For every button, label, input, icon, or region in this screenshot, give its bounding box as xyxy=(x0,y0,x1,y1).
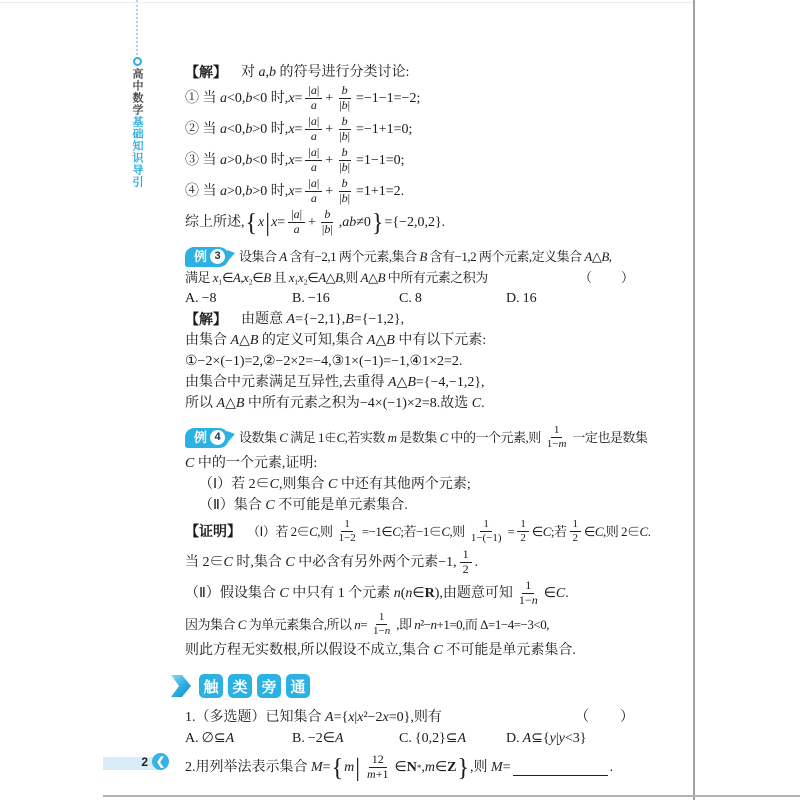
fraction: 11−2 xyxy=(336,518,359,544)
content-line: ① 当 a<0,b<0 时,x=|a|a+b|b|=−1−1=−2; xyxy=(185,83,665,114)
dot-icon xyxy=(133,57,142,66)
banner-char-badge: 类 xyxy=(228,674,252,698)
content-line: 因为集合 C 为单元素集合,所以 n=11−n,即 n²−n+1=0,而 Δ=1… xyxy=(185,609,665,640)
example-line: 例4设数集 C 满足 1∉C,若实数 m 是数集 C 中的一个元素,则11−m一… xyxy=(185,422,665,453)
option-item: C.8 xyxy=(399,289,506,308)
options-row: A.−8B.−16C.8D.16 xyxy=(185,288,665,309)
option-item: D.A⊆{y|y<3} xyxy=(506,729,587,748)
banner-char-badge: 通 xyxy=(286,674,310,698)
fraction: b|b| xyxy=(336,177,353,206)
page-number: 2 xyxy=(103,755,148,769)
content-line: 2.用列举法表示集合 M={m|12m+1∈N*,m∈Z},则 M=. xyxy=(185,752,665,783)
fraction: 11−m xyxy=(544,424,570,450)
book-page: { "sidebar": { "series_dark": "高中数学", "s… xyxy=(0,0,800,800)
page-bottom-edge-line xyxy=(103,795,800,797)
fraction: 11−n xyxy=(370,611,393,637)
content-line: ④ 当 a>0,b>0 时,x=|a|a+b|b|=1+1=2. xyxy=(185,176,665,207)
content-line: ② 当 a<0,b>0 时,x=|a|a+b|b|=−1+1=0; xyxy=(185,114,665,145)
content-line: 综上所述,{x|x=|a|a+b|b|,ab≠0}={−2,0,2}. xyxy=(185,207,665,238)
fraction: b|b| xyxy=(336,84,353,113)
content-line: 所以 A△B 中所有元素之积为−4×(−1)×2=8.故选 C. xyxy=(185,393,665,414)
fraction: 11−(−1) xyxy=(468,518,505,544)
option-item: B.−16 xyxy=(292,289,399,308)
fraction: 12 xyxy=(517,518,529,544)
answer-bracket: （ ） xyxy=(575,708,635,727)
option-item: A.−8 xyxy=(185,289,292,308)
option-item: D.16 xyxy=(506,289,537,308)
example-badge: 例4 xyxy=(185,428,229,448)
fraction: b|b| xyxy=(336,115,353,144)
content-line: ③ 当 a>0,b<0 时,x=|a|a+b|b|=1−1=0; xyxy=(185,145,665,176)
page-top-edge xyxy=(0,2,693,3)
page-right-edge-line xyxy=(693,0,695,800)
main-content: 【解】 对 a,b 的符号进行分类讨论:① 当 a<0,b<0 时,x=|a|a… xyxy=(185,62,665,783)
content-line: 则此方程无实数根,所以假设不成立,集合 C 不可能是单元素集合. xyxy=(185,640,665,661)
content-line: 当 2∈C 时,集合 C 中必含有另外两个元素−1,12. xyxy=(185,547,665,578)
banner-chulei-pangtong: 触类旁通 xyxy=(171,674,665,698)
fraction: b|b| xyxy=(319,208,336,237)
banner-char-badge: 触 xyxy=(199,674,223,698)
content-line: （Ⅱ）假设集合 C 中只有 1 个元素 n(n∈R),由题意可知11−n∈C. xyxy=(185,578,665,609)
content-line: 由集合 A△B 的定义可知,集合 A△B 中有以下元素: xyxy=(185,330,665,351)
content-line: C 中的一个元素,证明: xyxy=(185,453,665,474)
fraction: |a|a xyxy=(305,84,322,113)
content-line: 1.（多选题）已知集合 A={x|x²−2x=0},则有（ ） xyxy=(185,707,665,728)
sidebar-series-title: 高中数学基础知识导引 xyxy=(127,68,147,188)
fraction: b|b| xyxy=(336,146,353,175)
fraction: 11−n xyxy=(516,579,541,608)
dotted-line xyxy=(136,0,138,55)
content-line: （Ⅱ）集合 C 不可能是单元素集合. xyxy=(185,495,665,516)
fraction: 12 xyxy=(460,548,472,577)
back-chevron-icon: ❮ xyxy=(152,753,169,770)
fraction: |a|a xyxy=(305,115,322,144)
chevron-right-icon xyxy=(171,675,191,697)
option-item: B.−2∈A xyxy=(292,729,399,748)
content-line: 满足 x₁∈A,x₂∈B 且 x₁x₂∈A△B,则 A△B 中所有元素之积为（ … xyxy=(185,267,665,288)
answer-blank xyxy=(513,774,608,776)
content-line: 【解】 对 a,b 的符号进行分类讨论: xyxy=(185,62,665,83)
content-line: ①−2×(−1)=2,②−2×2=−4,③1×(−1)=−1,④1×2=2. xyxy=(185,351,665,372)
example-badge: 例3 xyxy=(185,247,229,267)
content-line: （Ⅰ）若 2∈C,则集合 C 中还有其他两个元素; xyxy=(185,474,665,495)
option-item: C.{0,2}⊆A xyxy=(399,729,506,748)
fraction: 12 xyxy=(570,518,582,544)
fraction: |a|a xyxy=(305,177,322,206)
fraction: 12m+1 xyxy=(364,753,391,782)
series-title-blue: 基础知识导引 xyxy=(131,116,143,188)
options-row: A.∅⊆AB.−2∈AC.{0,2}⊆AD.A⊆{y|y<3} xyxy=(185,728,665,749)
content-line: 【证明】 （Ⅰ）若 2∈C,则11−2=−1∈C;若−1∈C,则11−(−1)=… xyxy=(185,516,665,547)
fraction: |a|a xyxy=(305,146,322,175)
option-item: A.∅⊆A xyxy=(185,729,292,748)
banner-char-badge: 旁 xyxy=(257,674,281,698)
answer-bracket: （ ） xyxy=(579,268,635,287)
content-line: 【解】 由题意 A={−2,1},B={−1,2}, xyxy=(185,309,665,330)
series-title-dark: 高中数学 xyxy=(131,68,143,116)
example-line: 例3设集合 A 含有−2,1 两个元素,集合 B 含有−1,2 两个元素,定义集… xyxy=(185,246,665,267)
fraction: |a|a xyxy=(288,208,305,237)
content-line: 由集合中元素满足互异性,去重得 A△B={−4,−1,2}, xyxy=(185,372,665,393)
